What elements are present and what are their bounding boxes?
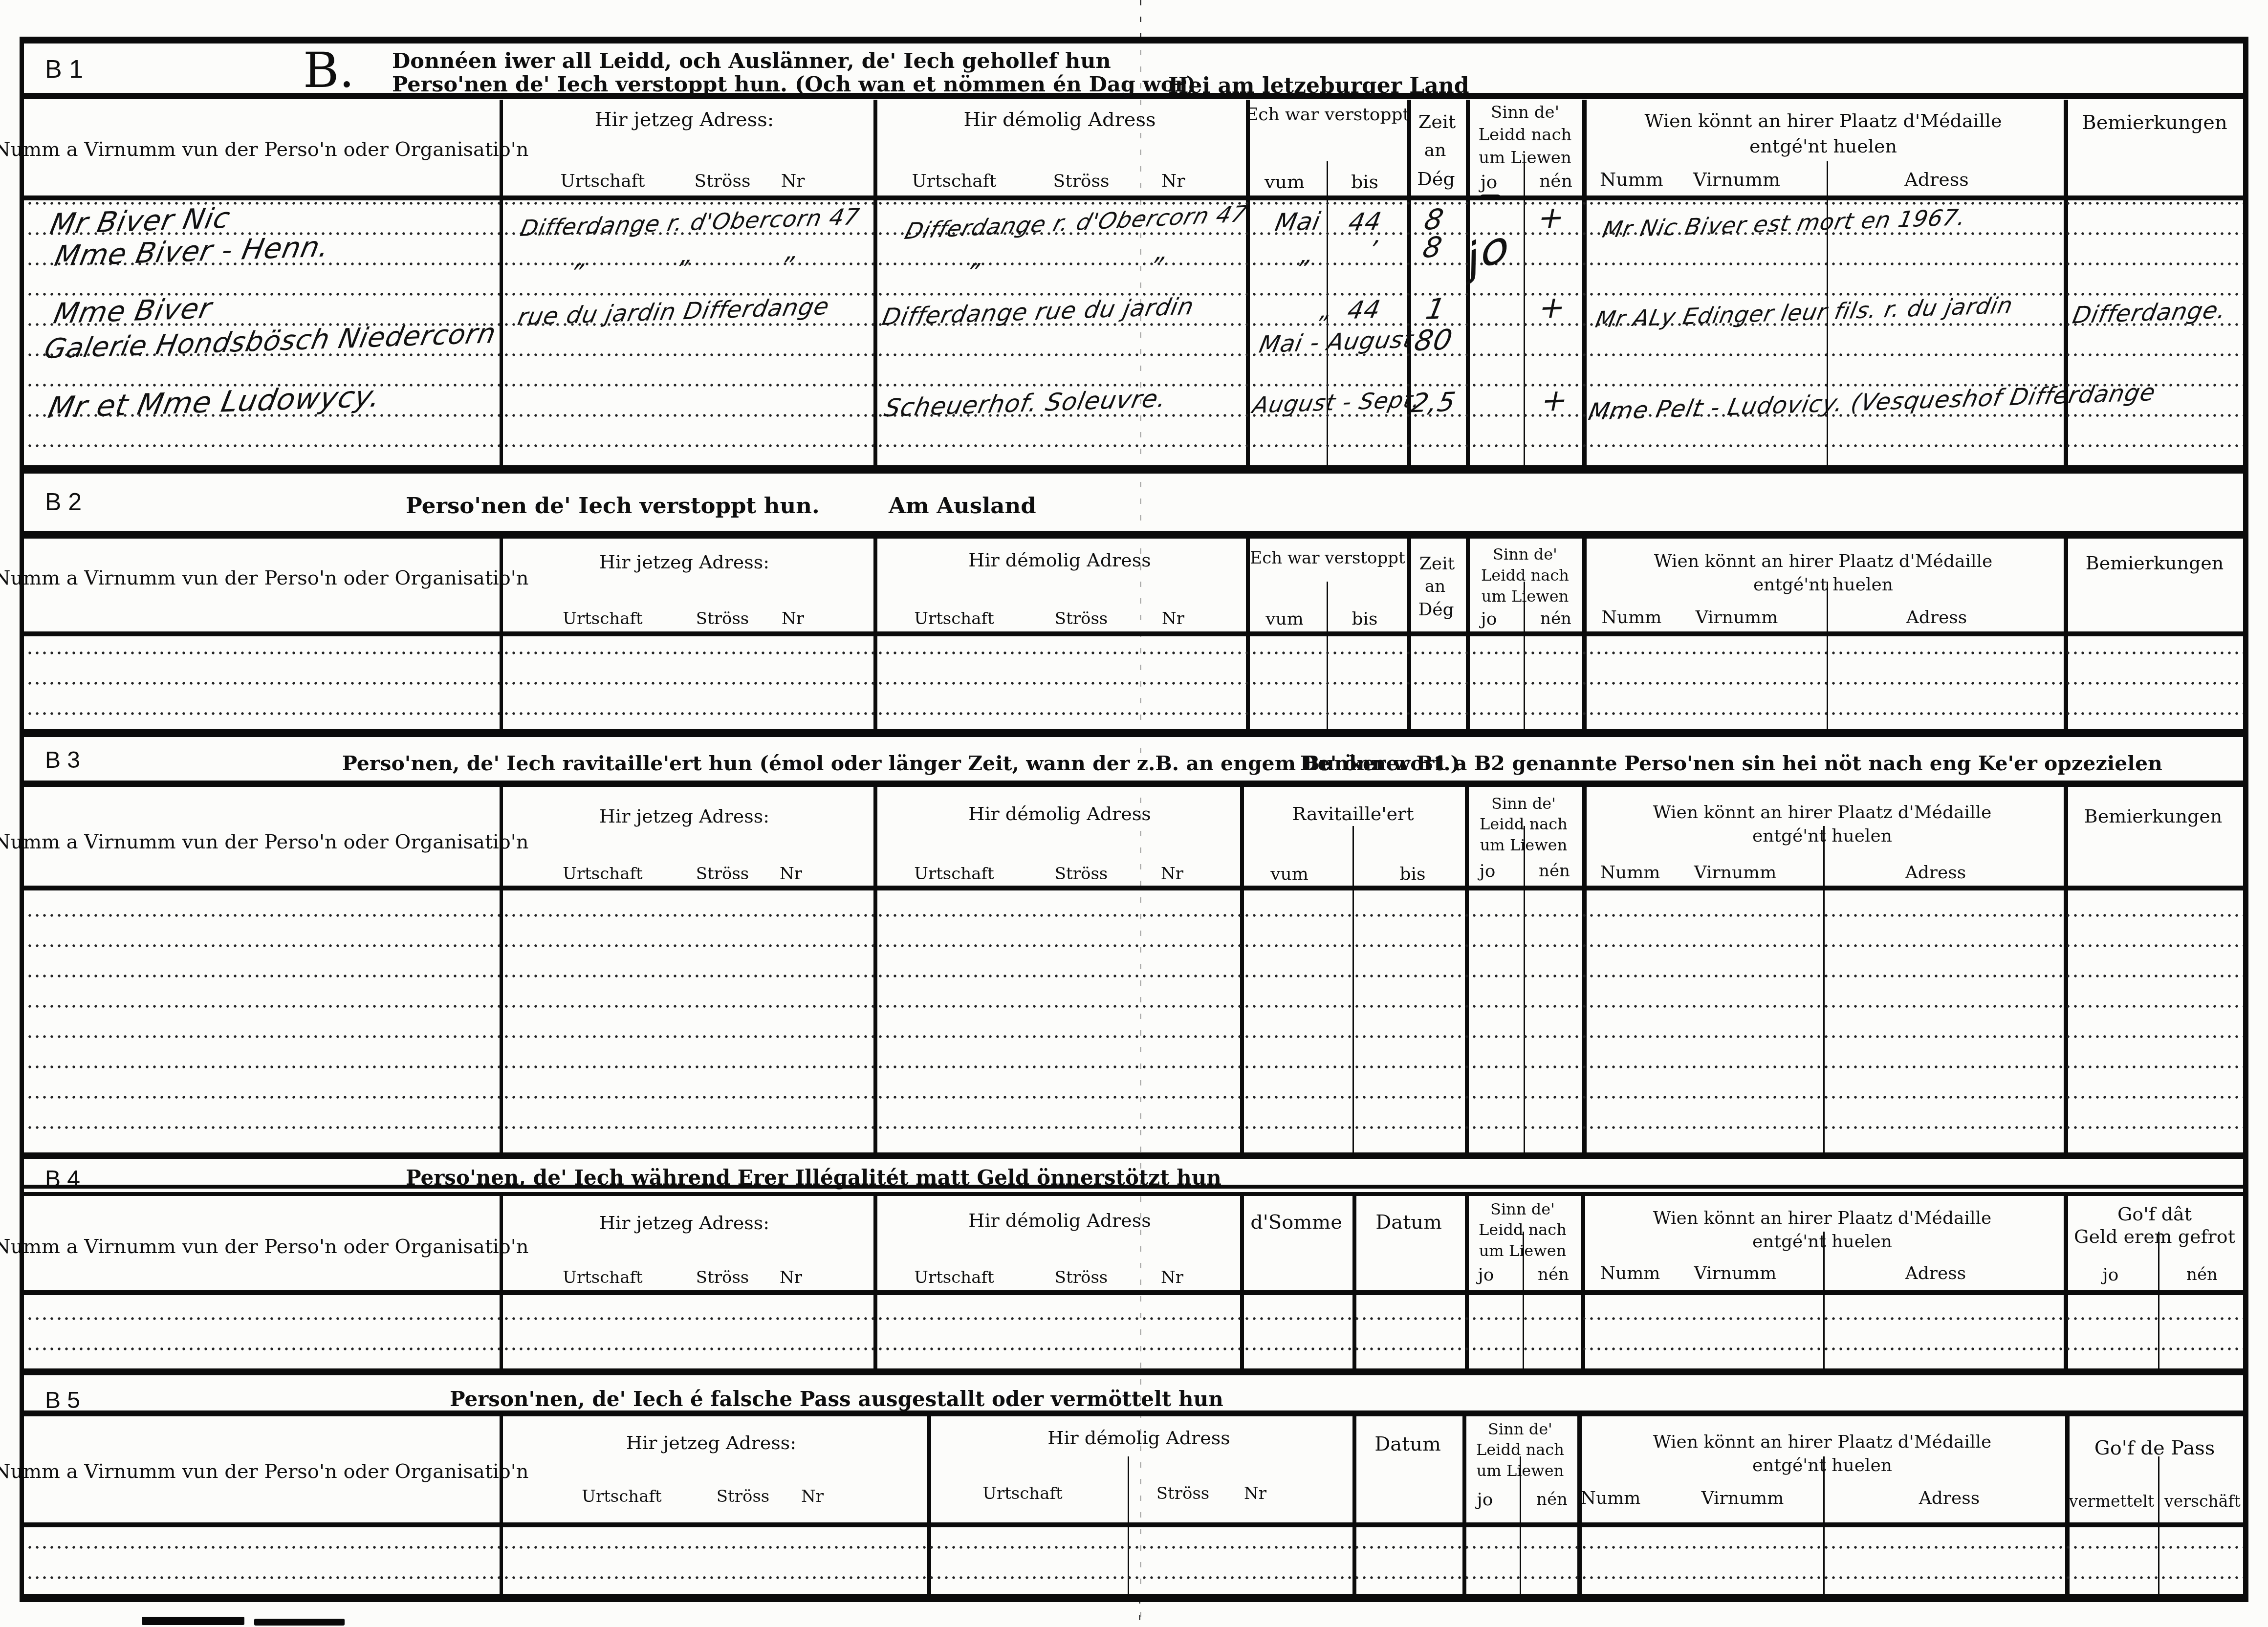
- rule-b5-title-bottom: [20, 1410, 2247, 1416]
- b1-col-sinn2: Leidd nach: [1478, 125, 1571, 145]
- b1-sub-jo: jo: [1481, 171, 1498, 193]
- b2-col-wien2: entgé'nt huelen: [1753, 575, 1893, 595]
- fold-line-top: [1140, 0, 1141, 37]
- b5-col-pass: Go'f de Pass: [2094, 1437, 2215, 1459]
- entry-zeit: 2,5: [1409, 386, 1459, 418]
- b1-title-line2: Perso'nen de' Iech verstoppt hun. (Och w…: [392, 72, 1196, 97]
- b1-sub-stross: Ströss: [695, 171, 751, 191]
- b5-col-jetzeg: Hir jetzeg Adress:: [626, 1432, 796, 1453]
- b4-sub-urtschaft2: Urtschaft: [914, 1268, 994, 1287]
- b3-sub-vum: vum: [1270, 864, 1308, 884]
- b2-title: Perso'nen de' Iech verstoppt hun.: [406, 493, 820, 519]
- entry-bis: 44: [1345, 295, 1383, 325]
- b4-col-gof2: Geld erem gefrot: [2074, 1226, 2235, 1247]
- entry-name: Mme Biver: [51, 291, 215, 330]
- b2-sub-stross: Ströss: [696, 609, 749, 629]
- b1-section-id: B 1: [45, 55, 83, 84]
- b4-writing-lines: [24, 1295, 2243, 1368]
- b3-sub-jo: jo: [1480, 861, 1496, 881]
- b3-col-wien1: Wien könnt an hirer Plaatz d'Médaille: [1653, 803, 1992, 823]
- b2-sub-numm: Numm: [1602, 607, 1662, 628]
- b1-sub-vum: vum: [1265, 171, 1305, 193]
- b2-col-zeit1: Zeit: [1419, 554, 1455, 574]
- fold-line-bottom: [1139, 1598, 1140, 1627]
- b3-col-jetzeg: Hir jetzeg Adress:: [599, 805, 769, 827]
- b2-sub-nen: nén: [1540, 609, 1571, 629]
- b2-col-demolig: Hir démolig Adress: [968, 549, 1151, 571]
- b1-col-zeit2: an: [1424, 140, 1446, 160]
- b3-col-name: Numm a Virnumm vun der Perso'n oder Orga…: [0, 831, 529, 853]
- entry-zeit: 80: [1412, 323, 1456, 358]
- b4-sub-nr: Nr: [780, 1268, 802, 1287]
- b4-section-id: B 4: [45, 1166, 80, 1193]
- b2-section-id: B 2: [45, 488, 82, 516]
- b3-col-bem: Bemierkungen: [2084, 805, 2223, 827]
- b2-sub-nr2: Nr: [1162, 609, 1184, 629]
- b1-col-demolig: Hir démolig Adress: [963, 108, 1156, 131]
- b5-section-id: B 5: [45, 1387, 80, 1414]
- form-border-left: [20, 37, 24, 1602]
- b5-col-datum: Datum: [1374, 1433, 1441, 1455]
- b2-writing-lines: [24, 636, 2243, 729]
- rule-b4-bottom: [20, 1368, 2247, 1375]
- b4-title: Perso'nen, de' Iech während Erer Illégal…: [406, 1166, 1221, 1190]
- ink-mark-under-jo: [1480, 195, 1501, 200]
- b4-sub-jo: jo: [1478, 1265, 1494, 1285]
- ink-smudge: [142, 1617, 244, 1625]
- b4-col-wien2: entgé'nt huelen: [1752, 1232, 1892, 1252]
- b5-col-sinn1: Sinn de': [1488, 1420, 1552, 1438]
- b2-col-bem: Bemierkungen: [2086, 552, 2224, 574]
- rule-b2-title-bottom: [20, 531, 2247, 539]
- b5-sub-urtschaft: Urtschaft: [582, 1487, 661, 1506]
- b1-col-wien2: entgé'nt huelen: [1749, 135, 1897, 157]
- b2-col-verstoppt: Ech war verstoppt: [1250, 548, 1405, 568]
- b4-col-wien1: Wien könnt an hirer Plaatz d'Médaille: [1653, 1208, 1992, 1228]
- entry-bis: 44: [1346, 207, 1384, 237]
- b5-col-wien2: entgé'nt huelen: [1752, 1455, 1892, 1475]
- b1-sub-urtschaft: Urtschaft: [560, 171, 645, 191]
- b4-col-demolig: Hir démolig Adress: [968, 1210, 1151, 1231]
- b3-col-wien2: entgé'nt huelen: [1752, 826, 1892, 846]
- ink-smudge: [254, 1619, 345, 1626]
- b5-col-sinn3: um Liewen: [1477, 1461, 1564, 1480]
- b3-title-line1: Perso'nen, de' Iech ravitaille'ert hun (…: [342, 752, 1460, 775]
- b1-sub-numm: Numm: [1600, 169, 1663, 190]
- b5-writing-lines: [24, 1527, 2243, 1594]
- b5-sub-verschaft: verschäft: [2164, 1492, 2241, 1511]
- b4-col-gof1: Go'f dât: [2117, 1203, 2192, 1225]
- form-border-right: [2243, 37, 2248, 1602]
- b5-sub-jo: jo: [1477, 1490, 1493, 1510]
- b4-col-somme: d'Somme: [1250, 1211, 1342, 1234]
- b1-sub-nen: nén: [1539, 171, 1572, 191]
- b2-sub-nr: Nr: [782, 609, 804, 629]
- b5-sub-urtschaft2: Urtschaft: [982, 1484, 1062, 1503]
- b1-sub-stross2: Ströss: [1053, 171, 1110, 191]
- b3-writing-lines: [24, 890, 2243, 1152]
- b4-sub-nen: nén: [1538, 1265, 1569, 1284]
- b4-col-sinn1: Sinn de': [1490, 1200, 1555, 1218]
- b3-section-id: B 3: [45, 747, 80, 774]
- b3-sub-urtschaft2: Urtschaft: [914, 864, 994, 884]
- b3-sub-nr2: Nr: [1161, 864, 1183, 884]
- rule-b5-header-bottom: [20, 1522, 2247, 1527]
- b2-sub-virnumm: Virnumm: [1696, 607, 1778, 628]
- b3-sub-stross: Ströss: [696, 864, 749, 884]
- b5-sub-numm: Numm: [1581, 1488, 1641, 1508]
- b1-col-sinn3: um Liewen: [1479, 148, 1571, 168]
- b1-col-bem: Bemierkungen: [2082, 111, 2227, 134]
- b2-sub-urtschaft: Urtschaft: [563, 609, 642, 629]
- b1-col-verstoppt: Ech war verstoppt: [1245, 105, 1410, 125]
- b5-col-sinn2: Leidd nach: [1476, 1440, 1564, 1459]
- b1-col-name: Numm a Virnumm vun der Perso'n oder Orga…: [0, 138, 529, 161]
- b4-sub-jo2: jo: [2103, 1265, 2119, 1285]
- b5-sub-stross2: Ströss: [1156, 1484, 1210, 1503]
- b1-col-jetzeg: Hir jetzeg Adress:: [595, 108, 774, 131]
- scanned-form-page: B 1 B. Donnéen iwer all Leidd, och Auslä…: [0, 0, 2268, 1627]
- b3-sub-urtschaft: Urtschaft: [563, 864, 642, 884]
- b2-col-zeit3: Dég: [1418, 600, 1454, 620]
- b2-sub-stross2: Ströss: [1055, 609, 1108, 629]
- b3-col-sinn1: Sinn de': [1491, 794, 1556, 813]
- b5-sub-vermettelt: vermettelt: [2069, 1492, 2155, 1511]
- rule-b1-header-bottom: [20, 195, 2247, 200]
- b4-sub-stross2: Ströss: [1055, 1268, 1108, 1287]
- b4-col-datum: Datum: [1375, 1211, 1442, 1234]
- b3-col-ravitailleert: Ravitaille'ert: [1292, 803, 1414, 824]
- b3-sub-virnumm: Virnumm: [1694, 863, 1777, 883]
- b1-sub-nr2: Nr: [1161, 171, 1185, 191]
- b4-sub-virnumm: Virnumm: [1694, 1263, 1777, 1283]
- b1-col-zeit1: Zeit: [1418, 111, 1456, 132]
- b1-sub-adress: Adress: [1904, 169, 1968, 190]
- b3-sub-bis: bis: [1399, 864, 1425, 884]
- b2-col-sinn1: Sinn de': [1493, 545, 1557, 564]
- b5-sub-adress: Adress: [1919, 1488, 1980, 1508]
- b2-col-jetzeg: Hir jetzeg Adress:: [599, 551, 769, 573]
- b3-sub-nen: nén: [1539, 861, 1570, 881]
- b2-col-name: Numm a Virnumm vun der Perso'n oder Orga…: [0, 567, 529, 589]
- b3-title-line2: De' önner B1 a B2 genannte Perso'nen sin…: [1300, 752, 2162, 775]
- b1-title-line1: Donnéen iwer all Leidd, och Auslänner, d…: [392, 49, 1111, 73]
- b1-sub-urtschaft2: Urtschaft: [912, 171, 996, 191]
- b1-col-wien1: Wien könnt an hirer Plaatz d'Médaille: [1644, 110, 2002, 131]
- b2-sub-adress: Adress: [1906, 607, 1967, 628]
- b1-sub-virnumm: Virnumm: [1693, 169, 1780, 190]
- b3-col-sinn2: Leidd nach: [1480, 815, 1568, 833]
- b2-sub-vum: vum: [1265, 609, 1304, 629]
- b1-col-zeit3: Dég: [1417, 168, 1455, 190]
- rule-b3-header-bottom: [20, 886, 2247, 890]
- b4-col-sinn3: um Liewen: [1479, 1241, 1566, 1260]
- b3-sub-nr: Nr: [780, 864, 802, 884]
- b3-col-sinn3: um Liewen: [1480, 836, 1567, 854]
- b1-col-sinn1: Sinn de': [1491, 103, 1559, 122]
- b4-col-sinn2: Leidd nach: [1479, 1220, 1567, 1239]
- rule-b3-bottom: [20, 1152, 2247, 1159]
- b2-col-zeit2: an: [1425, 577, 1445, 596]
- b1-big-letter: B.: [303, 42, 354, 99]
- b4-sub-nen2: nén: [2186, 1265, 2218, 1284]
- b4-sub-adress: Adress: [1905, 1263, 1966, 1283]
- entry-vum: Mai: [1273, 207, 1323, 237]
- b1-sub-nr: Nr: [781, 171, 805, 191]
- b3-sub-stross2: Ströss: [1055, 864, 1108, 884]
- rule-b2-header-bottom: [20, 631, 2247, 636]
- b5-col-demolig: Hir démolig Adress: [1047, 1427, 1230, 1449]
- b3-col-demolig: Hir démolig Adress: [968, 803, 1151, 824]
- entry-vumbis: Mai - August: [1257, 326, 1416, 359]
- rule-b4-title-bottom-2: [20, 1192, 2247, 1196]
- b2-sub-bis: bis: [1352, 609, 1377, 629]
- b5-col-name: Numm a Virnumm vun der Perso'n oder Orga…: [0, 1460, 529, 1483]
- b1-title-note: Hei am letzeburger Land: [1168, 73, 1469, 98]
- b2-title-note: Am Ausland: [889, 493, 1036, 519]
- b4-sub-urtschaft: Urtschaft: [563, 1268, 642, 1287]
- b4-col-jetzeg: Hir jetzeg Adress:: [599, 1212, 769, 1234]
- rule-form-bottom: [20, 1594, 2247, 1602]
- b2-col-sinn3: um Liewen: [1482, 587, 1569, 606]
- b3-sub-adress: Adress: [1905, 863, 1966, 883]
- b1-sub-bis: bis: [1351, 171, 1378, 193]
- b4-sub-nr2: Nr: [1161, 1268, 1183, 1287]
- b2-col-sinn2: Leidd nach: [1481, 566, 1569, 585]
- b2-sub-urtschaft2: Urtschaft: [914, 609, 994, 629]
- b3-sub-numm: Numm: [1600, 863, 1660, 883]
- b4-sub-stross: Ströss: [696, 1268, 749, 1287]
- b2-col-wien1: Wien könnt an hirer Plaatz d'Médaille: [1654, 551, 1993, 571]
- rule-b4-header-bottom: [20, 1290, 2247, 1295]
- b5-sub-nen: nén: [1536, 1490, 1568, 1509]
- rule-b2-bottom: [20, 729, 2247, 737]
- b2-sub-jo: jo: [1481, 609, 1497, 629]
- b4-col-name: Numm a Virnumm vun der Perso'n oder Orga…: [0, 1236, 529, 1258]
- b5-col-wien1: Wien könnt an hirer Plaatz d'Médaille: [1653, 1432, 1992, 1452]
- b5-sub-virnumm: Virnumm: [1701, 1488, 1784, 1508]
- b5-title: Person'nen, de' Iech é falsche Pass ausg…: [450, 1387, 1223, 1411]
- entry-bem: Differdange.: [2070, 297, 2228, 329]
- b5-sub-nr2: Nr: [1244, 1484, 1266, 1503]
- rule-b1-bottom: [20, 465, 2247, 474]
- b5-sub-nr: Nr: [801, 1487, 824, 1506]
- b5-sub-stross: Ströss: [717, 1487, 770, 1506]
- b4-sub-numm: Numm: [1600, 1263, 1660, 1283]
- rule-b3-title-bottom: [20, 781, 2247, 787]
